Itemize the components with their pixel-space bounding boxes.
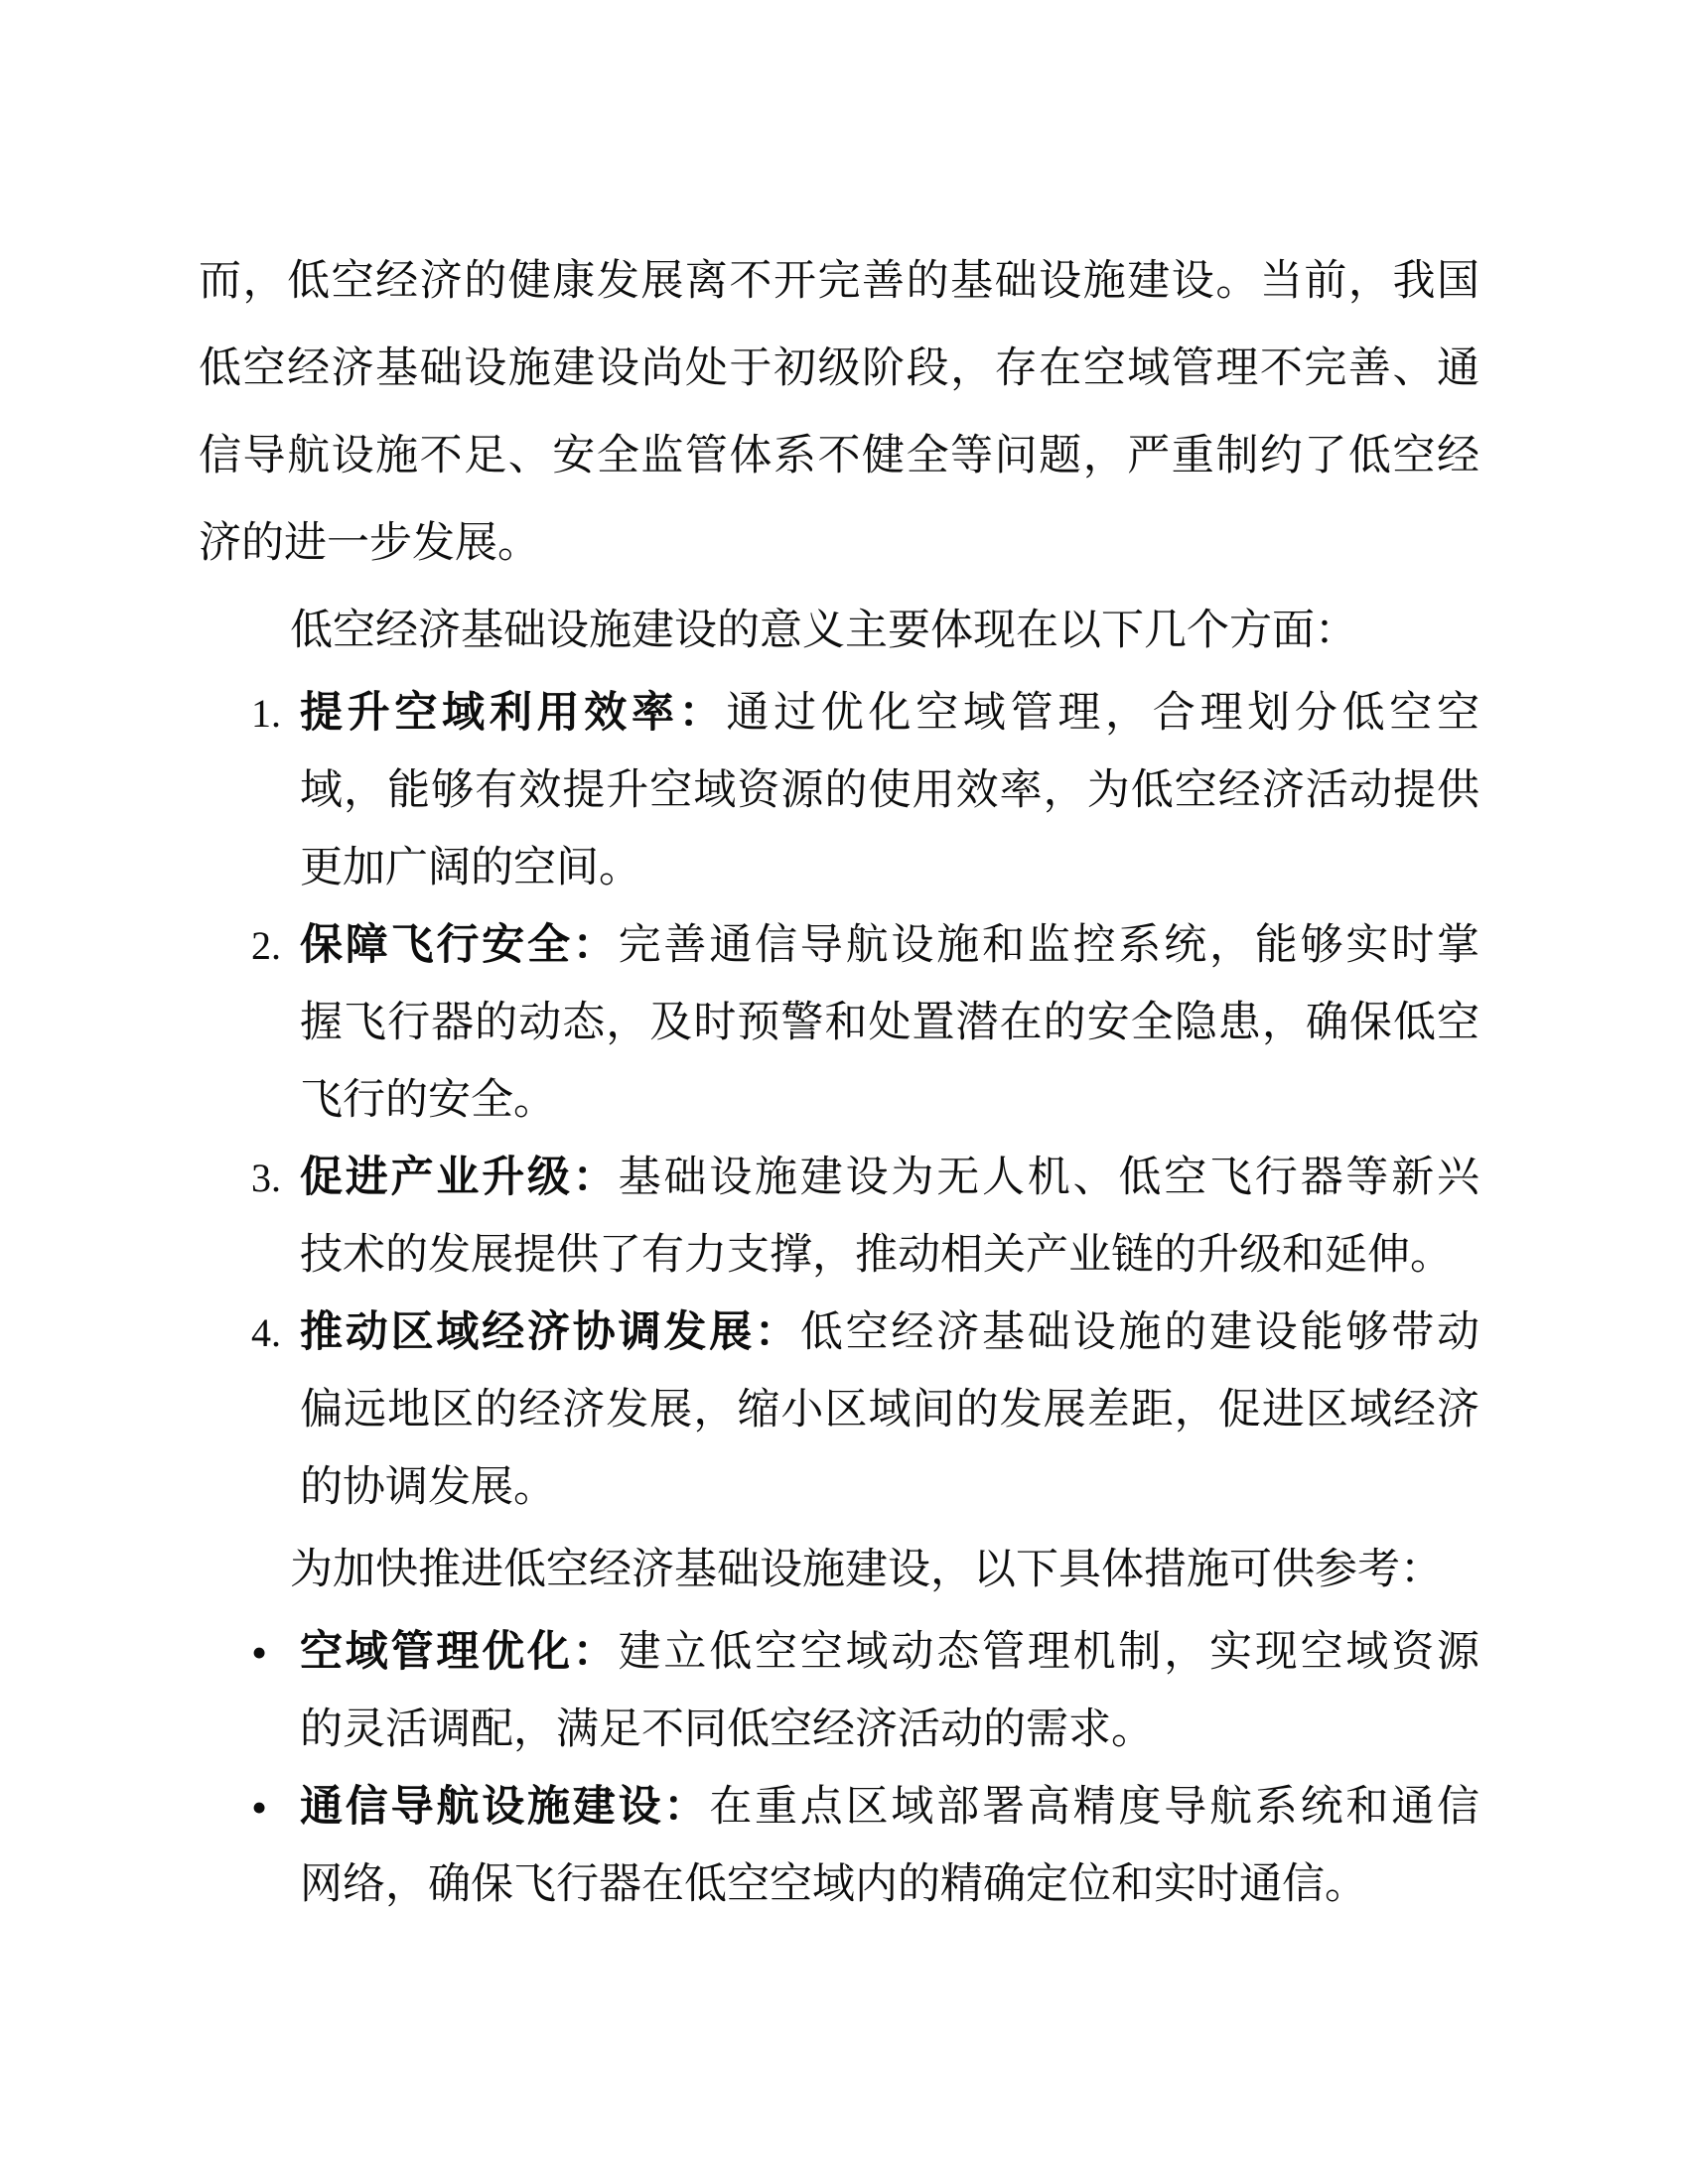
list-item-text: 通过优化空域管理，合理划分低空空 [726,690,1479,737]
text-line: 而，低空经济的健康发展离不开完善的基础设施建设。当前，我国 [199,238,1479,326]
list-item-text: 低空经济基础设施的建设能够带动 [800,1309,1479,1356]
bullet-icon: • [251,1769,300,1846]
text-line: 推动区域经济协调发展：低空经济基础设施的建设能够带动 [300,1295,1479,1372]
list-item-lead: 推动区域经济协调发展： [300,1309,800,1356]
list-item-text: 基础设施建设为无人机、低空飞行器等新兴 [619,1155,1479,1201]
list-number: 3. [251,1140,300,1217]
text-line: 保障飞行安全：完善通信导航设施和监控系统，能够实时掌 [300,907,1479,985]
text-line: 飞行的安全。 [300,1062,1479,1140]
text-line: 技术的发展提供了有力支撑，推动相关产业链的升级和延伸。 [300,1217,1479,1295]
text-line: 偏远地区的经济发展，缩小区域间的发展差距，促进区域经济 [300,1372,1479,1449]
list-item-text: 完善通信导航设施和监控系统，能够实时掌 [619,922,1479,969]
text-line: 为加快推进低空经济基础设施建设，以下具体措施可供参考： [199,1527,1479,1614]
text-line: 促进产业升级：基础设施建设为无人机、低空飞行器等新兴 [300,1140,1479,1217]
list-item-text: 在重点区域部署高精度导航系统和通信 [709,1784,1479,1831]
list-item-lead: 提升空域利用效率： [300,690,726,737]
text-line: 空域管理优化：建立低空空域动态管理机制，实现空域资源 [300,1614,1479,1692]
text-line: 的协调发展。 [300,1449,1479,1527]
text-line: 低空经济基础设施建设的意义主要体现在以下几个方面： [199,588,1479,675]
text-line: 的灵活调配，满足不同低空经济活动的需求。 [300,1692,1479,1769]
list-number: 4. [251,1295,300,1372]
bullet-list-item: • 空域管理优化：建立低空空域动态管理机制，实现空域资源 的灵活调配，满足不同低… [199,1614,1479,1769]
bullet-icon: • [251,1614,300,1692]
list-item-lead: 通信导航设施建设： [300,1784,709,1831]
document-page: 而，低空经济的健康发展离不开完善的基础设施建设。当前，我国 低空经济基础设施建设… [0,0,1688,2184]
text-line: 信导航设施不足、安全监管体系不健全等问题，严重制约了低空经 [199,413,1479,500]
text-line: 更加广阔的空间。 [300,830,1479,907]
text-line: 低空经济基础设施建设尚处于初级阶段，存在空域管理不完善、通 [199,326,1479,413]
text-line: 通信导航设施建设：在重点区域部署高精度导航系统和通信 [300,1769,1479,1846]
list-item-lead: 促进产业升级： [300,1155,619,1201]
ordered-list-item: 3. 促进产业升级：基础设施建设为无人机、低空飞行器等新兴 技术的发展提供了有力… [199,1140,1479,1295]
text-line: 域，能够有效提升空域资源的使用效率，为低空经济活动提供 [300,752,1479,830]
document-body: 而，低空经济的健康发展离不开完善的基础设施建设。当前，我国 低空经济基础设施建设… [199,238,1479,1924]
ordered-list-item: 1. 提升空域利用效率：通过优化空域管理，合理划分低空空 域，能够有效提升空域资… [199,675,1479,907]
text-line: 提升空域利用效率：通过优化空域管理，合理划分低空空 [300,675,1479,752]
paragraph: 为加快推进低空经济基础设施建设，以下具体措施可供参考： [199,1527,1479,1614]
text-line: 握飞行器的动态，及时预警和处置潜在的安全隐患，确保低空 [300,985,1479,1062]
list-item-lead: 保障飞行安全： [300,922,619,969]
list-number: 2. [251,907,300,985]
text-line: 网络，确保飞行器在低空空域内的精确定位和实时通信。 [300,1846,1479,1924]
list-item-lead: 空域管理优化： [300,1629,619,1676]
ordered-list-item: 2. 保障飞行安全：完善通信导航设施和监控系统，能够实时掌 握飞行器的动态，及时… [199,907,1479,1140]
text-line: 济的进一步发展。 [199,500,1479,588]
list-item-text: 建立低空空域动态管理机制，实现空域资源 [619,1629,1479,1676]
ordered-list-item: 4. 推动区域经济协调发展：低空经济基础设施的建设能够带动 偏远地区的经济发展，… [199,1295,1479,1527]
list-number: 1. [251,675,300,752]
paragraph: 而，低空经济的健康发展离不开完善的基础设施建设。当前，我国 低空经济基础设施建设… [199,238,1479,588]
bullet-list-item: • 通信导航设施建设：在重点区域部署高精度导航系统和通信 网络，确保飞行器在低空… [199,1769,1479,1924]
paragraph: 低空经济基础设施建设的意义主要体现在以下几个方面： [199,588,1479,675]
